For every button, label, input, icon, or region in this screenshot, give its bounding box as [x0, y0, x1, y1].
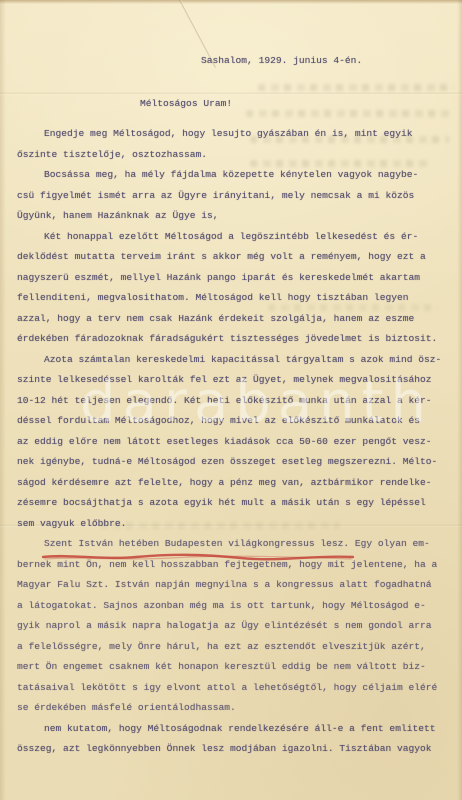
letter-line: a felelősségre, mely Önre hárul, ha ezt … — [17, 637, 447, 658]
letter-line: se érdekében másfelé orientálodhassam. — [17, 698, 447, 719]
letter-line: Engedje meg Méltoságod, hogy lesujto gyá… — [17, 124, 447, 145]
letter-line: szinte lelkesedéssel karolták fel ezt az… — [17, 370, 447, 391]
letter-line: mert Ön engemet csaknem két honapon kere… — [17, 657, 447, 678]
paper-left-edge — [0, 0, 6, 800]
letter-line: Magyar Falu Szt. István napján megnyilna… — [17, 575, 447, 596]
bleed-through-text — [246, 110, 454, 117]
letter-line: azzal, hogy a terv nem csak Hazánk érdek… — [17, 309, 447, 330]
paper-right-edge — [457, 0, 462, 800]
letter-line: zésemre bocsájthatja s azota egyik hét m… — [17, 493, 447, 514]
letter-line: Két honappal ezelőtt Méltoságod a legösz… — [17, 227, 447, 248]
paragraph: nem kutatom, hogy Méltoságodnak rendelke… — [17, 719, 447, 760]
paragraph: Bocsássa meg, ha mély fájdalma közepette… — [17, 165, 447, 227]
dateline: Sashalom, 1929. junius 4-én. — [201, 55, 362, 66]
letter-line: tatásaival lekötött s igy elvont attol a… — [17, 678, 447, 699]
letter-line: sem vagyuk előbbre. — [17, 514, 447, 535]
letter-line: a látogatokat. Sajnos azonban még ma is … — [17, 596, 447, 617]
salutation: Méltoságos Uram! — [140, 98, 232, 109]
letter-line: Bocsássa meg, ha mély fájdalma közepette… — [17, 165, 447, 186]
letter-line: fellenditeni, megvalosithatom. Méltoságo… — [17, 288, 447, 309]
letter-line: gyik naprol a másik napra halogatja az Ü… — [17, 616, 447, 637]
letter-line: csü figyelmét ismét arra az Ügyre irányi… — [17, 186, 447, 207]
letter-line: érdekében fáradozoknak fáradságukért tis… — [17, 329, 447, 350]
red-pencil-underline — [41, 552, 355, 562]
paragraph: Két honappal ezelőtt Méltoságod a legösz… — [17, 227, 447, 350]
letter-line: nagyszerü eszmét, mellyel Hazánk pango i… — [17, 268, 447, 289]
letter-line: nem kutatom, hogy Méltoságodnak rendelke… — [17, 719, 447, 740]
letter-photo: Sashalom, 1929. junius 4-én. Méltoságos … — [0, 0, 462, 800]
letter-line: az eddig előre nem látott esetleges kiad… — [17, 432, 447, 453]
fold-crease-top — [0, 92, 462, 95]
letter-line: ságod kérdésemre azt felelte, hogy a pén… — [17, 473, 447, 494]
letter-line: nek igénybe, tudná-e Méltoságod ezen öss… — [17, 452, 447, 473]
letter-body: Engedje meg Méltoságod, hogy lesujto gyá… — [17, 124, 447, 760]
paragraph: Azota számtalan kereskedelmi kapacitássa… — [17, 350, 447, 535]
letter-line: őszinte tisztelője, osztozhassam. — [17, 145, 447, 166]
paper-top-edge — [0, 0, 462, 4]
letter-line: déssel fordultam Méltoságodhoz, hogy miv… — [17, 411, 447, 432]
letter-line: Azota számtalan kereskedelmi kapacitássa… — [17, 350, 447, 371]
bleed-through-text — [258, 84, 454, 91]
letter-line: 10-12 hét teljesen elegendő. Két heti el… — [17, 391, 447, 412]
letter-line: deklődést mutatta terveim iránt s akkor … — [17, 247, 447, 268]
letter-line: Ügyünk, hanem Hazánknak az Ügye is, — [17, 206, 447, 227]
paragraph: Engedje meg Méltoságod, hogy lesujto gyá… — [17, 124, 447, 165]
letter-line: összeg, azt legkönnyebben Önnek lesz mod… — [17, 739, 447, 760]
